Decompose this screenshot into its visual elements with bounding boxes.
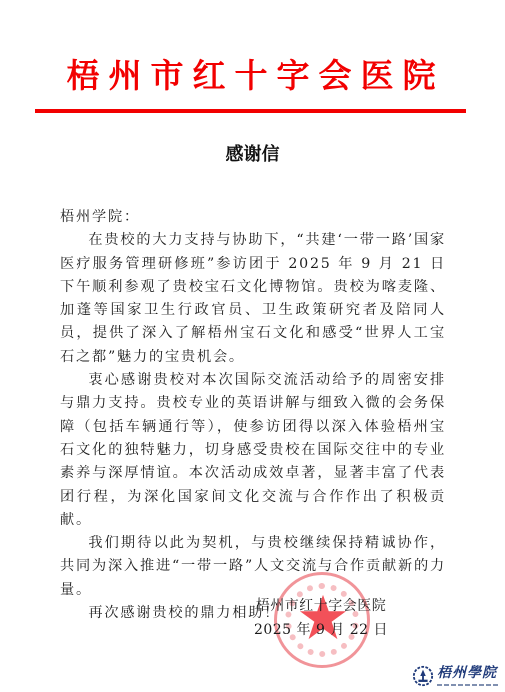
watermark-name: 梧州學院 <box>437 666 499 681</box>
letterhead-title: 梧州市红十字会医院 <box>0 56 505 96</box>
paragraph-3: 我们期待以此为契机，与贵校继续保持精诚协作，共同为深入推进“一带一路”人文交流与… <box>60 532 446 602</box>
signature-date: 2025 年 9 月 22 日 <box>250 620 392 640</box>
salutation: 梧州学院： <box>60 206 446 229</box>
letterhead-divider <box>35 109 466 113</box>
watermark-logo: 梧州學院 <box>412 664 499 688</box>
document-heading: 感谢信 <box>0 143 505 167</box>
signature-organization: 梧州市红十字会医院 <box>250 596 392 616</box>
letter-body: 梧州学院： 在贵校的大力支持与协助下，“共建‘一带一路’国家医疗服务管理研修班”… <box>60 206 446 625</box>
university-emblem-icon <box>412 665 434 687</box>
paragraph-2: 衷心感谢贵校对本次国际交流活动给予的周密安排与鼎力支持。贵校专业的英语讲解与细致… <box>60 369 446 532</box>
paragraph-1: 在贵校的大力支持与协助下，“共建‘一带一路’国家医疗服务管理研修班”参访团于 2… <box>60 229 446 369</box>
watermark-subtitle <box>437 684 499 686</box>
